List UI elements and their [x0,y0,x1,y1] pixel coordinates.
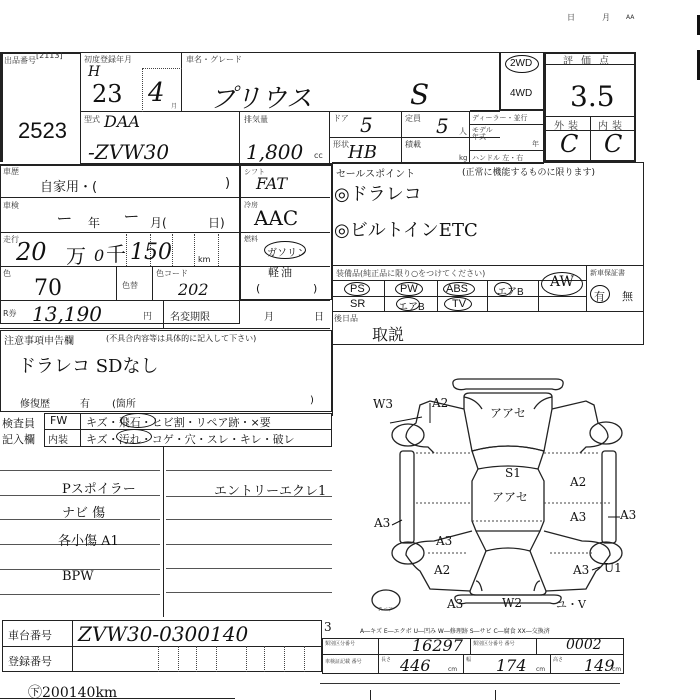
divider [0,328,330,329]
repair-value: 有 [80,395,90,410]
inspector-label-1: 検査員 [2,415,35,431]
rule [166,568,332,569]
divider [72,620,73,672]
interior-circle [116,429,152,444]
lot-code: [2113] [36,51,63,60]
width-value: 174 [496,656,527,675]
damage-mark: A2 [432,396,448,410]
displacement-value: 1,800 [246,140,303,164]
equipment-ps: PS [350,283,365,295]
equipment-abs: ABS [446,283,468,295]
load-label: 積載 [405,139,421,150]
divider [216,646,217,672]
damage-mark: A3 [620,508,636,522]
divider [142,68,182,69]
divider [332,344,333,416]
divider [378,638,379,674]
color-code: 202 [178,280,209,299]
body-value: HB [348,142,377,163]
body-label: 形状 [333,139,349,150]
capacity-value: 5 [436,114,449,138]
car-damage-diagram [330,345,700,620]
divider [370,690,371,700]
top-mark-month: 月 [602,12,610,23]
damage-mark: ユ・V [556,596,586,612]
mileage-man: 20 [16,238,47,266]
registration-month: 4 [148,78,165,108]
divider [643,312,644,344]
equipment-tv: TV [452,298,466,310]
width-unit: cm [536,666,545,673]
fuel-other-open: ( [256,282,260,295]
height-label: 高さ [553,656,563,663]
recycle-unit: 円 [143,309,152,322]
plate-label: 登録番号 [8,653,52,669]
ac-value: AAC [254,206,298,230]
divider [80,413,81,447]
sales-points-note: (正常に機能するものに限ります) [462,165,595,178]
divider [196,646,197,672]
chassis-value: ZVW30-0300140 [78,622,248,646]
divider [178,646,179,672]
mileage-man-unit: 万 [66,240,86,269]
dealer-label: ディーラー・並行 [472,113,527,123]
transfer-month-unit: 月 [264,308,274,323]
repair-label: 修復歴 [20,395,50,410]
score-label: 評価点 [563,52,617,67]
equipment-sr: SR [350,298,365,310]
repair-location: (箇所 [112,395,136,410]
rule [166,519,332,520]
transfer-day-unit: 日 [314,308,324,323]
width-label: 幅 [466,656,471,663]
category-label: 類別区分番号 番号 [473,640,515,647]
recycle-label: R券 [3,308,17,319]
divider [470,150,544,151]
notes-label: 注意事項申告欄 [4,332,74,347]
damage-mark: アアセ [490,404,526,421]
car-grade: S [410,78,429,111]
remark-left: 各小傷 A1 [58,530,119,549]
divider [470,124,544,125]
divider [536,638,537,654]
divider [142,68,143,112]
model-prefix: DAA [104,112,140,131]
rule [166,544,332,545]
transfer-label: 名変期限 [170,308,210,323]
interior-inspect-label: 内装 [48,431,68,446]
model-year-label: モデル年式 [472,127,494,141]
divider [437,280,438,312]
equipment-aw: AW [550,274,574,290]
fw-circle [120,413,156,428]
inspector-label-2: 記入欄 [2,431,35,447]
fuel-other-close: ) [313,282,317,295]
equipment-label: 装備品(純正品に限り○をつけてください) [336,268,485,279]
doors-value: 5 [360,113,373,137]
repair-close: ) [310,395,314,406]
fw-label: FW [50,414,67,427]
color-value: 70 [34,276,62,301]
divider [586,266,587,312]
divider [332,312,333,344]
fuel-diesel: 軽油 [268,264,294,280]
recycle-value: 13,190 [32,302,102,326]
damage-mark: S1 [505,466,521,480]
divider [304,646,305,672]
fw-items: キズ・飛石・ヒビ割・リペア跡・×要 [86,414,271,430]
color-label: 色 [3,268,11,279]
divider [264,646,265,672]
type-label: 類別区分番号 [325,640,355,647]
damage-mark: A3 [447,597,463,611]
divider [384,280,385,312]
divider [0,698,235,699]
drive-4wd: 4WD [510,88,532,99]
lot-label: 出品番号 [4,55,36,66]
sales-point-item: ◎ビルトインETC [334,216,478,242]
mileage-sen: 0 [94,246,104,265]
damage-mark: A3 [573,563,589,577]
divider [194,234,195,266]
warranty-label: 新車保証書 [590,268,625,278]
inspection-day-unit: 日) [208,214,225,231]
divider [163,447,164,617]
remark-right: エントリーエクレ1 [214,480,326,499]
color-code-label: 色コード [156,268,188,279]
registration-era: H [88,64,100,80]
divider [158,646,159,672]
accessories-label: 後日品 [334,313,358,324]
inspection-label: 車検 [3,200,19,211]
divider [495,690,496,700]
interior-grade: C [604,130,622,158]
rule [0,470,160,471]
sales-point-item: ◎ドラレコ [334,180,422,206]
car-name-label: 車名・グレード [186,54,242,65]
color-change-label: 色替 [122,280,138,291]
damage-mark: A2 [434,563,450,577]
length-unit: cm [448,666,457,673]
accessories-value: 取説 [372,322,404,345]
sales-points-label: セールスポイント [336,165,415,180]
mileage-rest: 150 [130,240,172,265]
divider [126,234,127,266]
doors-label: ドア [333,113,349,124]
damage-mark: W2 [502,596,522,610]
capacity-unit: 人 [459,126,467,137]
length-value: 446 [400,656,431,675]
model-year-unit: 年 [532,139,539,149]
divider [152,266,153,300]
history-label: 車歴 [3,166,19,177]
score-value: 3.5 [570,80,615,113]
rule [166,592,332,593]
legend-mark: 3 [324,620,332,634]
mileage-unit: km [198,255,210,264]
damage-mark: A3 [436,534,452,548]
warranty-yes: 有 [594,288,605,304]
inspection-year: ー [55,206,71,229]
divider [320,683,620,684]
category-value: 0002 [566,637,602,653]
inspection-year-unit: 年 [88,214,100,231]
capacity-label: 定員 [405,113,421,124]
divider [487,280,488,312]
remark-left: BPW [62,569,94,584]
chassis-label: 車台番号 [8,627,52,643]
mileage-sen-unit: 千 [106,238,126,267]
damage-mark: A2 [570,475,586,489]
model-code: -ZVW30 [88,140,169,164]
divider [590,116,591,162]
load-unit: kg [459,154,468,162]
divider [284,646,285,672]
exterior-grade: C [560,130,578,158]
inspection-month: ー [122,204,138,227]
divider [470,638,471,654]
length-label: 長さ [381,656,391,663]
warranty-no: 無 [622,288,633,304]
top-mark-day: 日 [567,12,575,23]
divider [538,280,539,312]
equipment-pw: PW [400,283,418,295]
drive-2wd: 2WD [510,58,532,69]
border [0,52,3,162]
top-mark-aa: AA [626,14,634,21]
month-unit: 月 [171,101,177,110]
history-close: ) [225,176,230,191]
spare-tire-label: スペア [378,606,393,613]
equipment-airbag: エアB [497,283,524,298]
fuel-label: 燃料 [244,234,258,244]
remark-left: Pスポイラー [62,478,136,497]
height-value: 149 [584,656,615,675]
notes-instruction: (不具合内容等は具体的に記入して下さい) [106,333,256,344]
history-value: 自家用・( [40,176,97,195]
height-unit: cm [612,666,621,673]
displacement-label: 排気量 [244,114,268,125]
divider [116,266,117,300]
damage-mark: A3 [570,510,586,524]
legend-text: A―キズ E―エクボ U―凹み W―修理跡 S―サビ C―腐食 XX―交換済 [360,626,550,635]
car-name: プリウス [210,78,312,115]
divider [463,654,464,674]
type-value: 16297 [412,636,463,655]
rule [166,470,332,471]
divider [163,300,164,328]
shift-value: FAT [256,174,287,193]
divider [246,646,247,672]
displacement-unit: cc [314,151,323,160]
fuel-gasoline: ガソリン [267,244,307,259]
damage-mark: A3 [374,516,390,530]
lot-number: 2523 [18,118,67,144]
damage-mark: W3 [373,397,393,411]
equipment-airbag-2: エアB [398,298,425,313]
divider [322,654,624,655]
divider [218,234,219,266]
divider [172,234,173,266]
dim-label: 車検証記載 番号 [325,658,362,665]
damage-mark: アアセ [492,488,528,505]
rule [0,594,160,595]
damage-mark: U1 [604,561,622,575]
notes-text: ドラレコ SDなし [18,352,158,378]
divider [550,654,551,674]
remark-left: ナビ 傷 [62,502,105,521]
divider [2,646,322,647]
inspection-month-unit: 月( [150,214,167,231]
model-label: 型式 [84,114,100,125]
registration-year: 23 [92,80,123,108]
